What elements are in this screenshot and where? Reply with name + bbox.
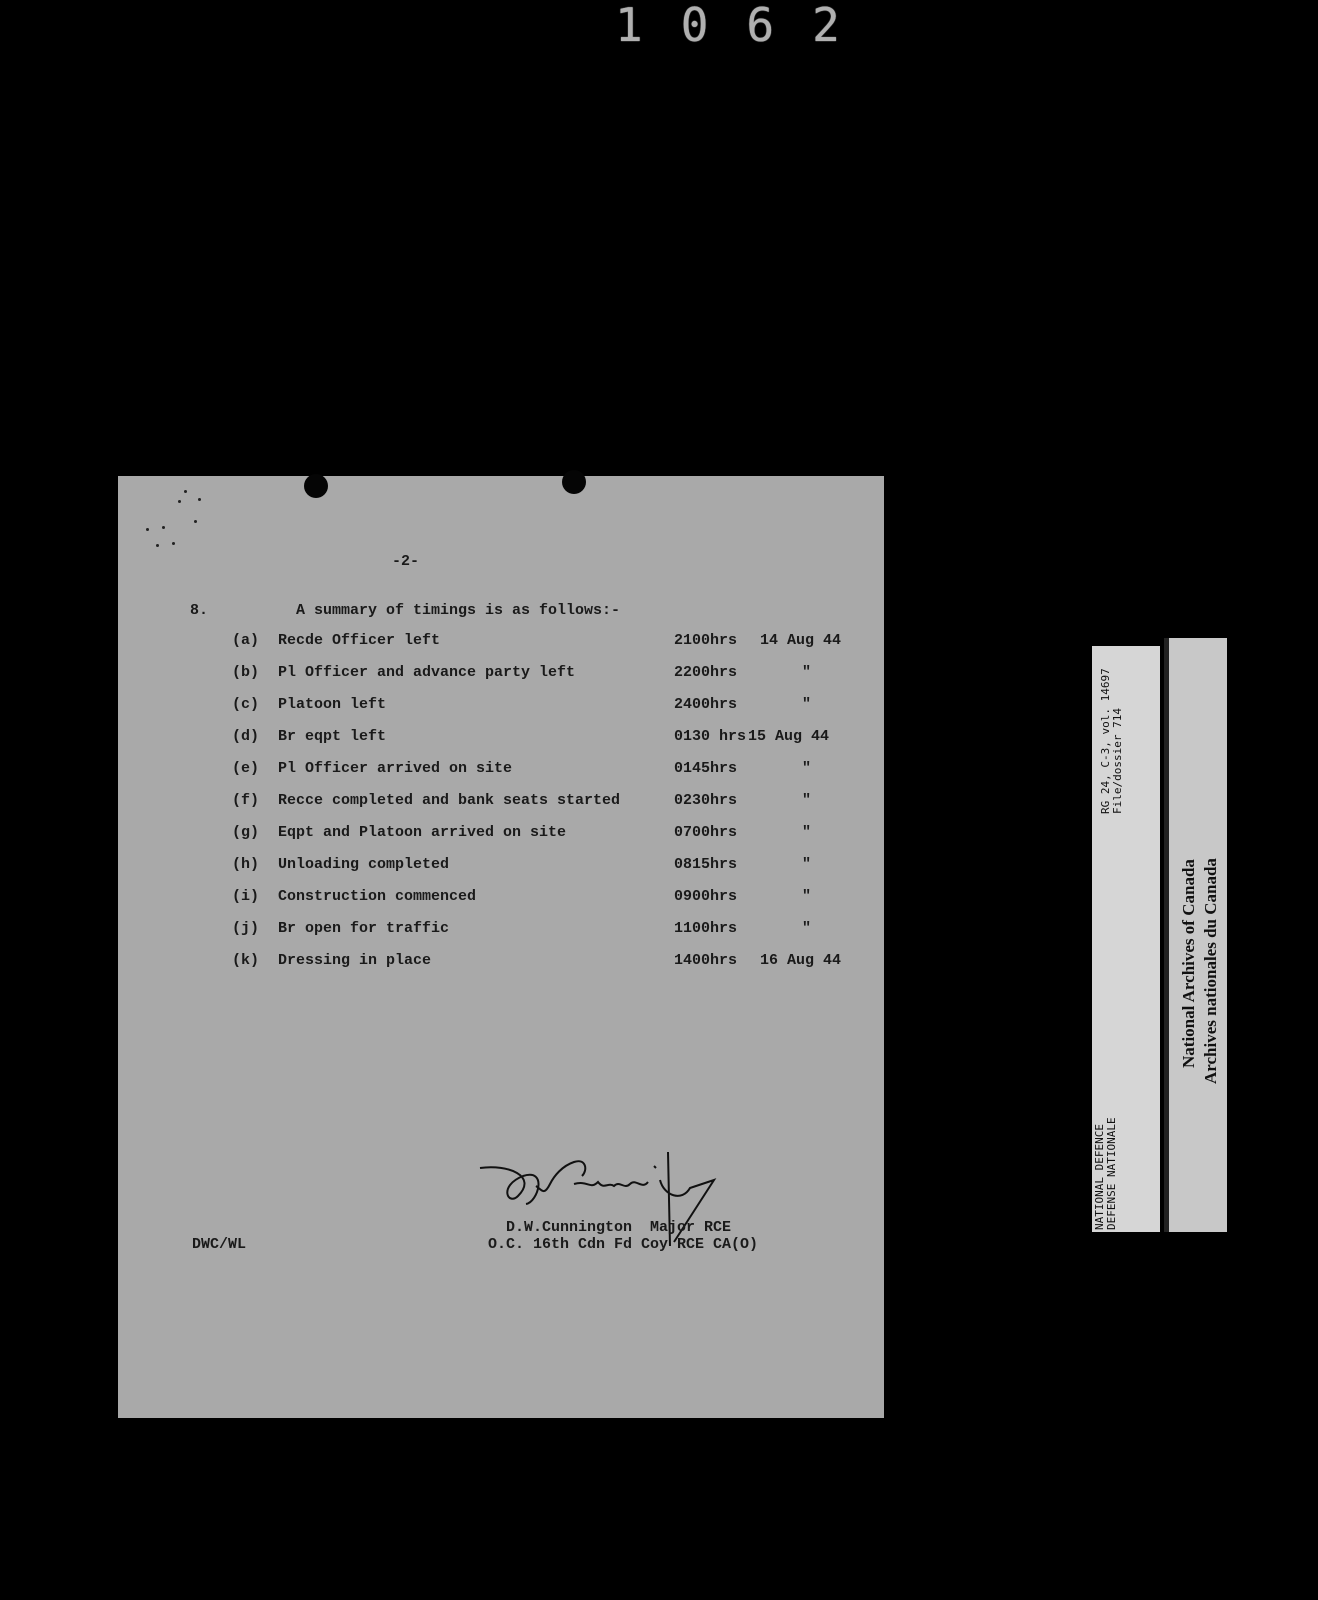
- item-event: Br open for traffic: [278, 920, 449, 937]
- item-event: Recde Officer left: [278, 632, 440, 649]
- archive-reference-label: RG 24, C-3, vol. 14697 File/dossier 714 …: [1092, 646, 1160, 1232]
- ditto-mark: ": [802, 792, 811, 809]
- reference-line-2: File/dossier 714: [1112, 708, 1124, 814]
- item-time: 1100hrs: [674, 920, 737, 937]
- item-label: (c): [232, 696, 259, 713]
- ditto-mark: ": [802, 664, 811, 681]
- item-event: Eqpt and Platoon arrived on site: [278, 824, 566, 841]
- item-date: 16 Aug 44: [760, 952, 841, 969]
- reference-initials: DWC/WL: [192, 1236, 246, 1253]
- item-time: 0700hrs: [674, 824, 737, 841]
- item-time: 0900hrs: [674, 888, 737, 905]
- archive-name-english: National Archives of Canada: [1179, 859, 1199, 1068]
- timing-row: (g) Eqpt and Platoon arrived on site 070…: [232, 824, 882, 844]
- item-time: 1400hrs: [674, 952, 737, 969]
- signatory-name: D.W.Cunnington Major RCE: [506, 1219, 731, 1236]
- signatory-title: O.C. 16th Cdn Fd Coy RCE CA(O): [488, 1236, 758, 1253]
- national-archives-label: National Archives of Canada Archives nat…: [1164, 638, 1227, 1232]
- item-label: (j): [232, 920, 259, 937]
- timing-row: (h) Unloading completed 0815hrs ": [232, 856, 882, 876]
- item-event: Unloading completed: [278, 856, 449, 873]
- item-label: (k): [232, 952, 259, 969]
- microfilm-frame-number: 1062: [615, 2, 878, 48]
- summary-intro: A summary of timings is as follows:-: [296, 602, 620, 619]
- archive-name-french: Archives nationales du Canada: [1201, 858, 1221, 1084]
- item-event: Pl Officer arrived on site: [278, 760, 512, 777]
- ditto-mark: ": [802, 920, 811, 937]
- item-time: 2100hrs: [674, 632, 737, 649]
- timing-row: (f) Recce completed and bank seats start…: [232, 792, 882, 812]
- timing-row: (b) Pl Officer and advance party left 22…: [232, 664, 882, 684]
- ditto-mark: ": [802, 824, 811, 841]
- item-time: 0230hrs: [674, 792, 737, 809]
- item-event: Platoon left: [278, 696, 386, 713]
- item-label: (i): [232, 888, 259, 905]
- timing-row: (j) Br open for traffic 1100hrs ": [232, 920, 882, 940]
- item-label: (b): [232, 664, 259, 681]
- item-date: 14 Aug 44: [760, 632, 841, 649]
- timing-row: (k) Dressing in place 1400hrs 16 Aug 44: [232, 952, 882, 972]
- item-label: (h): [232, 856, 259, 873]
- item-time: 2400hrs: [674, 696, 737, 713]
- item-time: 0145hrs: [674, 760, 737, 777]
- page-number: -2-: [392, 553, 419, 570]
- item-date: 15 Aug 44: [748, 728, 829, 745]
- timing-row: (a) Recde Officer left 2100hrs 14 Aug 44: [232, 632, 882, 652]
- timing-row: (c) Platoon left 2400hrs ": [232, 696, 882, 716]
- ditto-mark: ": [802, 760, 811, 777]
- timing-row: (i) Construction commenced 0900hrs ": [232, 888, 882, 908]
- item-label: (d): [232, 728, 259, 745]
- document-page: -2- 8. A summary of timings is as follow…: [118, 476, 884, 1418]
- item-time: 0815hrs: [674, 856, 737, 873]
- item-time: 2200hrs: [674, 664, 737, 681]
- ditto-mark: ": [802, 888, 811, 905]
- item-label: (a): [232, 632, 259, 649]
- item-time: 0130 hrs: [674, 728, 746, 745]
- item-label: (g): [232, 824, 259, 841]
- item-label: (f): [232, 792, 259, 809]
- timing-row: (e) Pl Officer arrived on site 0145hrs ": [232, 760, 882, 780]
- item-event: Recce completed and bank seats started: [278, 792, 620, 809]
- ditto-mark: ": [802, 696, 811, 713]
- ditto-mark: ": [802, 856, 811, 873]
- paragraph-number: 8.: [190, 602, 208, 619]
- punch-hole-left: [304, 474, 328, 498]
- punch-hole-right: [562, 470, 586, 494]
- item-event: Br eqpt left: [278, 728, 386, 745]
- department-line-2: DEFENSE NATIONALE: [1106, 1117, 1118, 1230]
- item-event: Dressing in place: [278, 952, 431, 969]
- item-event: Pl Officer and advance party left: [278, 664, 575, 681]
- item-label: (e): [232, 760, 259, 777]
- timing-row: (d) Br eqpt left 0130 hrs 15 Aug 44: [232, 728, 882, 748]
- item-event: Construction commenced: [278, 888, 476, 905]
